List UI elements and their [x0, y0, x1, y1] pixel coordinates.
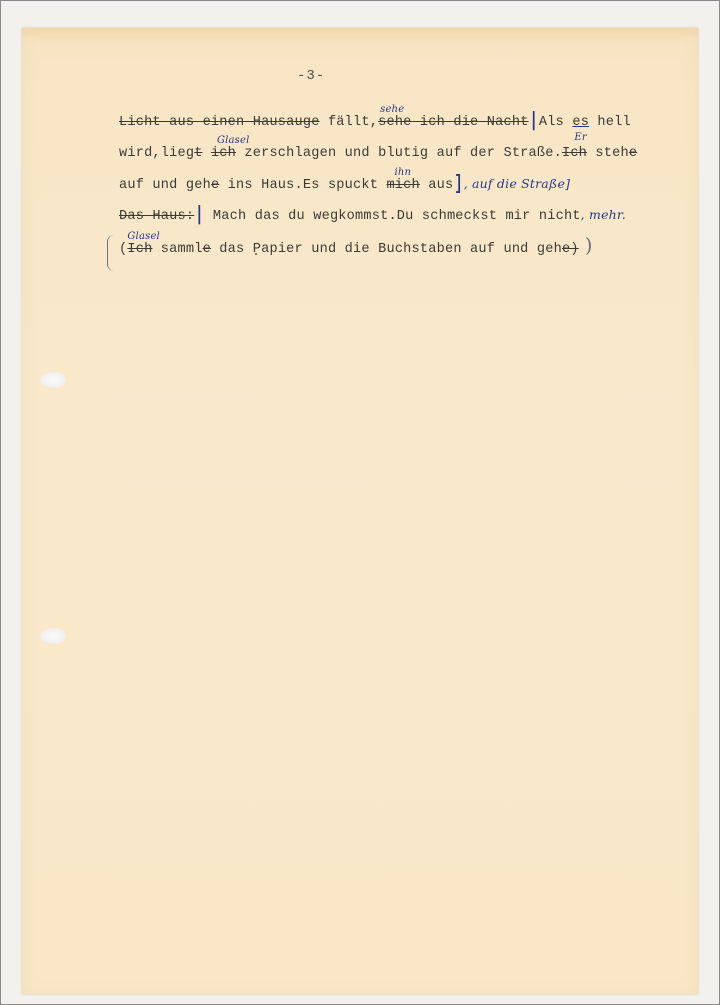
text-line-3: auf und gehe ins Haus.Es spuckt ihnmich … [119, 169, 689, 200]
deleted-text: Das Haus: [119, 209, 194, 224]
deleted-text: e [629, 146, 637, 161]
typescript-page: -3- Licht aus einen Hausauge fällt,sehes… [22, 28, 698, 994]
deleted-text: ich die Nacht [412, 115, 529, 130]
punch-hole-lower [40, 628, 66, 644]
deleted-text: Licht aus einen Hausauge [119, 115, 320, 130]
deleted-text: Ich [562, 146, 587, 161]
typed-text: ins Haus.Es spuckt [219, 178, 386, 193]
typed-text-block: Licht aus einen Hausauge fällt,sehesehe … [119, 108, 689, 261]
handwritten-margin-note: , auf die Straße] [464, 176, 570, 191]
typed-text: auf und geh [119, 178, 211, 193]
deleted-text: mich [386, 178, 419, 193]
text-line-5: (GlaselIch sammle das Papier und die Buc… [119, 230, 689, 261]
punch-hole-upper [40, 372, 66, 388]
typed-text: hell [589, 115, 631, 130]
image-frame: -3- Licht aus einen Hausauge fällt,sehes… [0, 0, 720, 1005]
typed-text: samml [152, 242, 202, 257]
text-line-4: Das Haus:| Mach das du wegkommst.Du schm… [119, 200, 689, 231]
handwritten-open-parenthesis [107, 235, 114, 271]
handwritten-close-parenthesis: ) [585, 230, 593, 260]
text-line-1: Licht aus einen Hausauge fällt,sehesehe … [119, 108, 689, 139]
typed-text: fällt, [320, 115, 379, 130]
typed-space [203, 146, 211, 161]
deleted-text: e) [562, 242, 579, 257]
deleted-text: Ich [127, 242, 152, 257]
typed-text: das Papier und die Buchstaben auf und ge… [211, 242, 562, 257]
text-line-2: wird,liegt Glaselich zerschlagen und blu… [119, 139, 689, 170]
typed-text: wird,lieg [119, 146, 194, 161]
typed-text: aus [420, 178, 453, 193]
handwritten-margin-note: , mehr. [581, 207, 626, 222]
handwritten-insertion: Glasel [217, 136, 250, 146]
handwritten-insertion: ihn [394, 168, 411, 178]
deleted-text: sehe [378, 115, 411, 130]
typed-text: Mach das du wegkommst.Du schmeckst mir n… [205, 209, 581, 224]
handwritten-insertion: Glasel [127, 232, 160, 242]
deleted-text: e [203, 242, 211, 257]
typed-text: Als [539, 115, 572, 130]
handwritten-insertion: sehe [380, 105, 404, 115]
typed-text: es [572, 115, 589, 130]
ink-speck [255, 253, 257, 255]
deleted-text: t [194, 146, 202, 161]
page-number: -3- [297, 68, 325, 84]
typed-text: steh [587, 146, 629, 161]
typed-text: zerschlagen und blutig auf der Straße. [236, 146, 562, 161]
deleted-text: ich [211, 146, 236, 161]
